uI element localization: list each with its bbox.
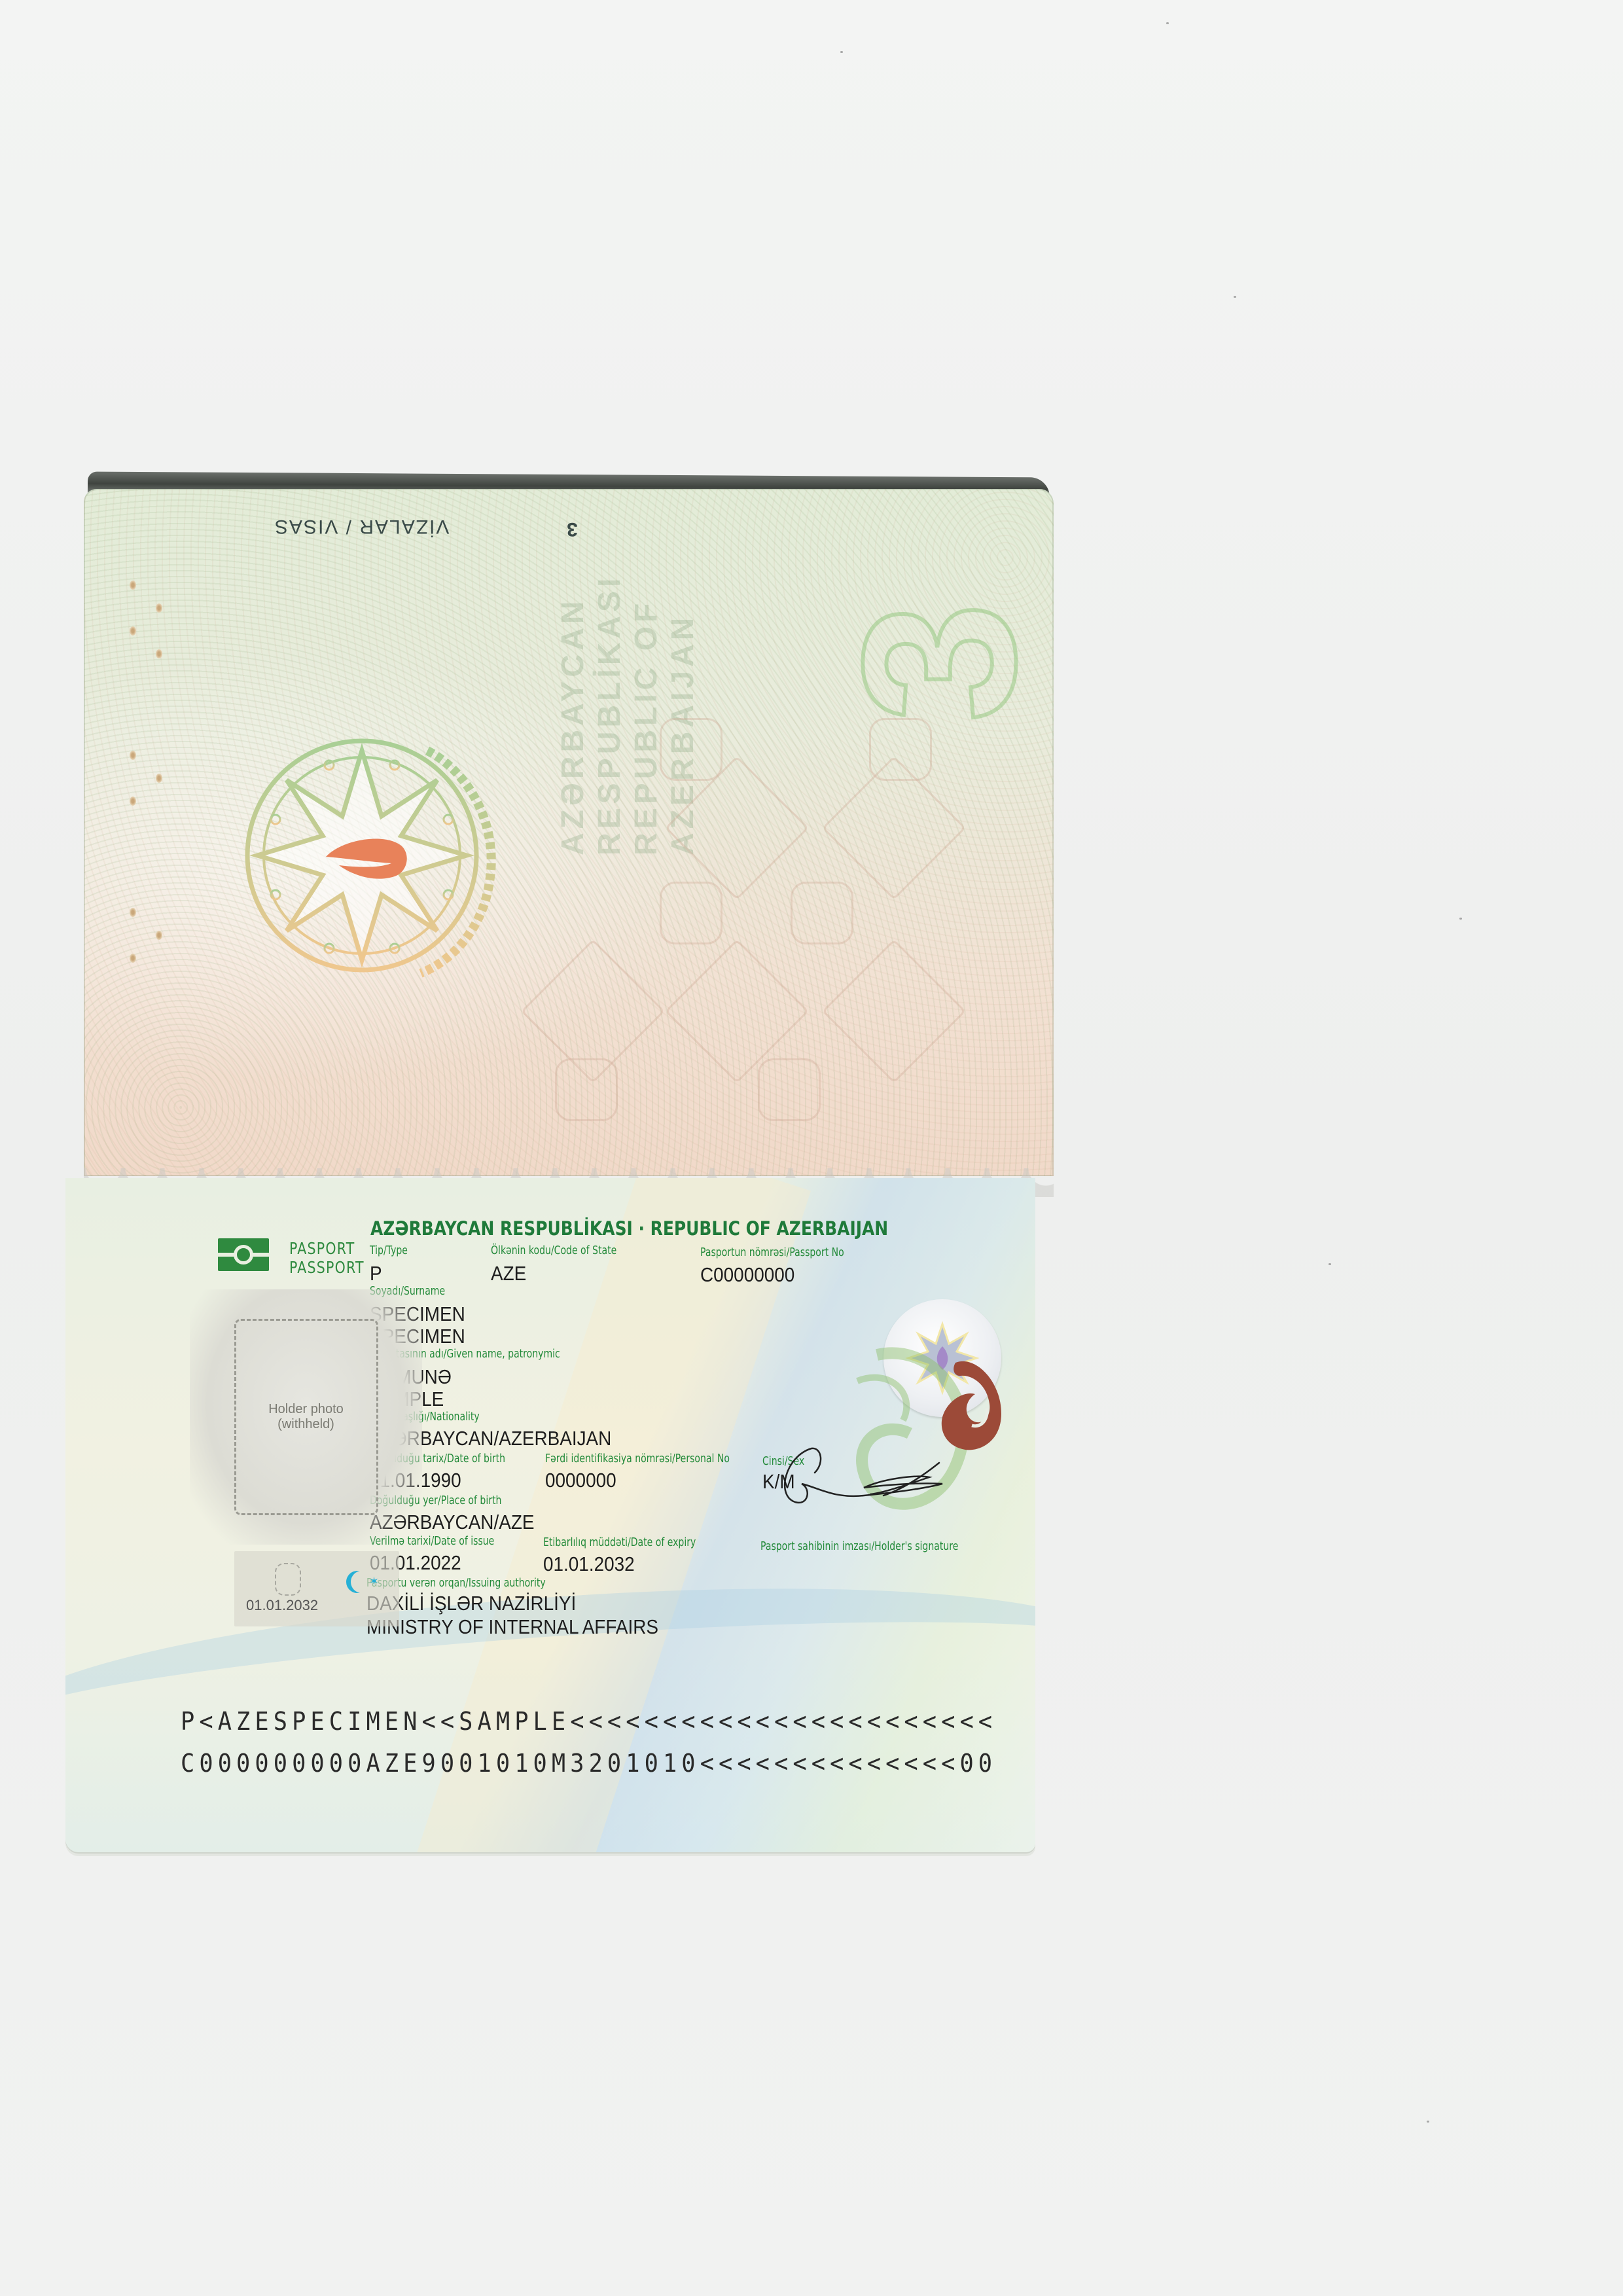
passport-data-page: AZƏRBAYCAN RESPUBLİKASI · REPUBLIC OF AZ… bbox=[65, 1178, 1035, 1852]
document-kind-english: PASSPORT bbox=[289, 1258, 365, 1277]
perforation-hole bbox=[156, 649, 162, 658]
visa-page-number-large: 3 bbox=[831, 602, 1047, 723]
passport-booklet: AZƏRBAYCAN RESPUBLİKASI REPUBLIC OF AZER… bbox=[65, 475, 1054, 1862]
perforation-hole bbox=[156, 931, 162, 940]
personal-no-label: Fərdi identifikasiya nömrəsi/Personal No bbox=[545, 1452, 730, 1465]
ornament-octagon bbox=[869, 718, 932, 781]
perforation-hole bbox=[130, 751, 136, 760]
holder-signature-label: Pasport sahibinin imzası/Holder's signat… bbox=[760, 1539, 958, 1553]
biometric-passport-icon bbox=[218, 1238, 269, 1271]
ornament-octagon bbox=[758, 1058, 821, 1121]
issuing-state-title: AZƏRBAYCAN RESPUBLİKASI · REPUBLIC OF AZ… bbox=[370, 1217, 888, 1240]
date-of-expiry-label: Etibarlılıq müddəti/Date of expiry bbox=[543, 1535, 696, 1549]
holder-photo: Holder photo (withheld) bbox=[190, 1289, 422, 1545]
ornament-octagon bbox=[660, 718, 722, 781]
visa-page-number: 3 bbox=[567, 518, 578, 540]
type-value: P bbox=[370, 1262, 382, 1285]
azerbaijan-emblem-icon bbox=[231, 711, 519, 999]
date-of-expiry-value: 01.01.2032 bbox=[543, 1552, 635, 1576]
perforation-hole bbox=[156, 774, 162, 783]
perforation-hole bbox=[130, 626, 136, 636]
holder-signature bbox=[772, 1437, 969, 1515]
perforation-hole bbox=[130, 797, 136, 806]
scan-speck bbox=[840, 51, 843, 53]
perforation-hole bbox=[130, 954, 136, 963]
code-of-state-value: AZE bbox=[491, 1262, 526, 1285]
holder-photo-placeholder: Holder photo (withheld) bbox=[234, 1319, 378, 1515]
perforation-hole bbox=[156, 603, 162, 613]
mrz-line-2: C000000000AZE9001010M3201010<<<<<<<<<<<<… bbox=[181, 1749, 997, 1778]
document-kind-native: PASPORT bbox=[289, 1239, 355, 1258]
visa-page-title: VİZALAR / VISAS bbox=[274, 515, 449, 537]
perforation-hole bbox=[130, 908, 136, 917]
ghost-image-window: 01.01.2032 ✶ bbox=[234, 1551, 399, 1626]
ornament-octagon bbox=[791, 882, 853, 944]
scan-speck bbox=[1234, 296, 1236, 298]
passport-no-label: Pasportun nömrəsi/Passport No bbox=[700, 1246, 844, 1259]
type-label: Tip/Type bbox=[370, 1244, 408, 1257]
visa-page: AZƏRBAYCAN RESPUBLİKASI REPUBLIC OF AZER… bbox=[84, 489, 1054, 1176]
scan-speck bbox=[1427, 2121, 1429, 2123]
ghost-image-date: 01.01.2032 bbox=[246, 1597, 318, 1614]
mrz-line-1: P<AZESPECIMEN<<SAMPLE<<<<<<<<<<<<<<<<<<<… bbox=[181, 1707, 997, 1736]
scan-speck bbox=[1329, 1263, 1331, 1265]
code-of-state-label: Ölkənin kodu/Code of State bbox=[491, 1244, 616, 1257]
star-icon: ✶ bbox=[369, 1575, 379, 1588]
scan-speck bbox=[1459, 918, 1462, 920]
issuing-authority-english: MINISTRY OF INTERNAL AFFAIRS bbox=[366, 1615, 658, 1639]
passport-no-value: C00000000 bbox=[700, 1263, 794, 1287]
perforation-hole bbox=[130, 581, 136, 590]
ghost-photo-placeholder bbox=[275, 1563, 301, 1596]
ornament-octagon bbox=[660, 882, 722, 944]
ornament-octagon bbox=[555, 1058, 618, 1121]
scan-speck bbox=[1166, 22, 1169, 24]
personal-no-value: 0000000 bbox=[545, 1469, 616, 1492]
